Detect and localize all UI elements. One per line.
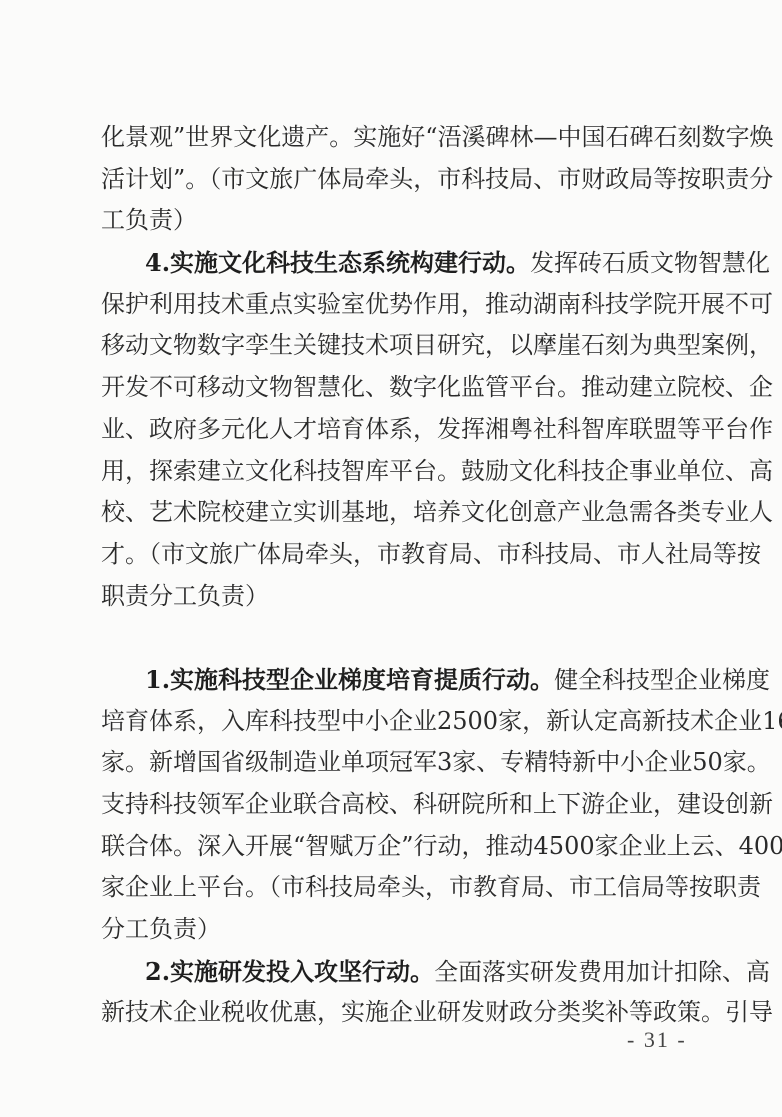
paragraph-line: 支持科技领军企业联合高校、科研院所和上下游企业，建设创新 (101, 784, 693, 826)
paragraph-line: 才。（市文旅广体局牵头，市教育局、市科技局、市人社局等按 (101, 534, 693, 576)
paragraph-text: 健全科技型企业梯度 (554, 666, 770, 694)
paragraph-line: 活计划”。（市文旅广体局牵头，市科技局、市财政局等按职责分 (101, 159, 693, 201)
paragraph-line: 保护利用技术重点实验室优势作用，推动湖南科技学院开展不可 (101, 284, 693, 326)
paragraph-line: 分工负责） (101, 909, 693, 951)
paragraph-line: 工负责） (101, 200, 693, 242)
document-page: 化景观”世界文化遗产。实施好“浯溪碑林—中国石碑石刻数字焕 活计划”。（市文旅广… (101, 117, 693, 1034)
paragraph-line: 培育体系，入库科技型中小企业2500家，新认定高新技术企业160 (101, 701, 693, 743)
paragraph-line: 新技术企业税收优惠，实施企业研发财政分类奖补等政策。引导 (101, 992, 693, 1034)
section-heading (101, 617, 693, 659)
paragraph-line: 化景观”世界文化遗产。实施好“浯溪碑林—中国石碑石刻数字焕 (101, 117, 693, 159)
paragraph-line: 业、政府多元化人才培育体系，发挥湘粤社科智库联盟等平台作 (101, 409, 693, 451)
paragraph-first-line: 4.实施文化科技生态系统构建行动。发挥砖石质文物智慧化 (101, 242, 693, 284)
paragraph-text: 发挥砖石质文物智慧化 (530, 249, 770, 277)
paragraph-line: 家。新增国省级制造业单项冠军3家、专精特新中小企业50家。 (101, 742, 693, 784)
paragraph-first-line: 1.实施科技型企业梯度培育提质行动。健全科技型企业梯度 (101, 659, 693, 701)
item-title: 2.实施研发投入攻坚行动。 (145, 957, 434, 986)
paragraph-line: 用，探索建立文化科技智库平台。鼓励文化科技企事业单位、高 (101, 451, 693, 493)
paragraph-line: 联合体。深入开展“智赋万企”行动，推动4500家企业上云、400 (101, 826, 693, 868)
page-number: - 31 - (627, 1027, 687, 1053)
item-title: 1.实施科技型企业梯度培育提质行动。 (145, 665, 554, 694)
paragraph-line: 开发不可移动文物智慧化、数字化监管平台。推动建立院校、企 (101, 367, 693, 409)
paragraph-line: 校、艺术院校建立实训基地，培养文化创意产业急需各类专业人 (101, 492, 693, 534)
paragraph-line: 职责分工负责） (101, 576, 693, 618)
paragraph-first-line: 2.实施研发投入攻坚行动。全面落实研发费用加计扣除、高 (101, 951, 693, 993)
item-title: 4.实施文化科技生态系统构建行动。 (145, 248, 530, 277)
paragraph-line: 移动文物数字孪生关键技术项目研究，以摩崖石刻为典型案例， (101, 325, 693, 367)
paragraph-text: 全面落实研发费用加计扣除、高 (434, 958, 770, 986)
paragraph-line: 家企业上平台。（市科技局牵头，市教育局、市工信局等按职责 (101, 867, 693, 909)
